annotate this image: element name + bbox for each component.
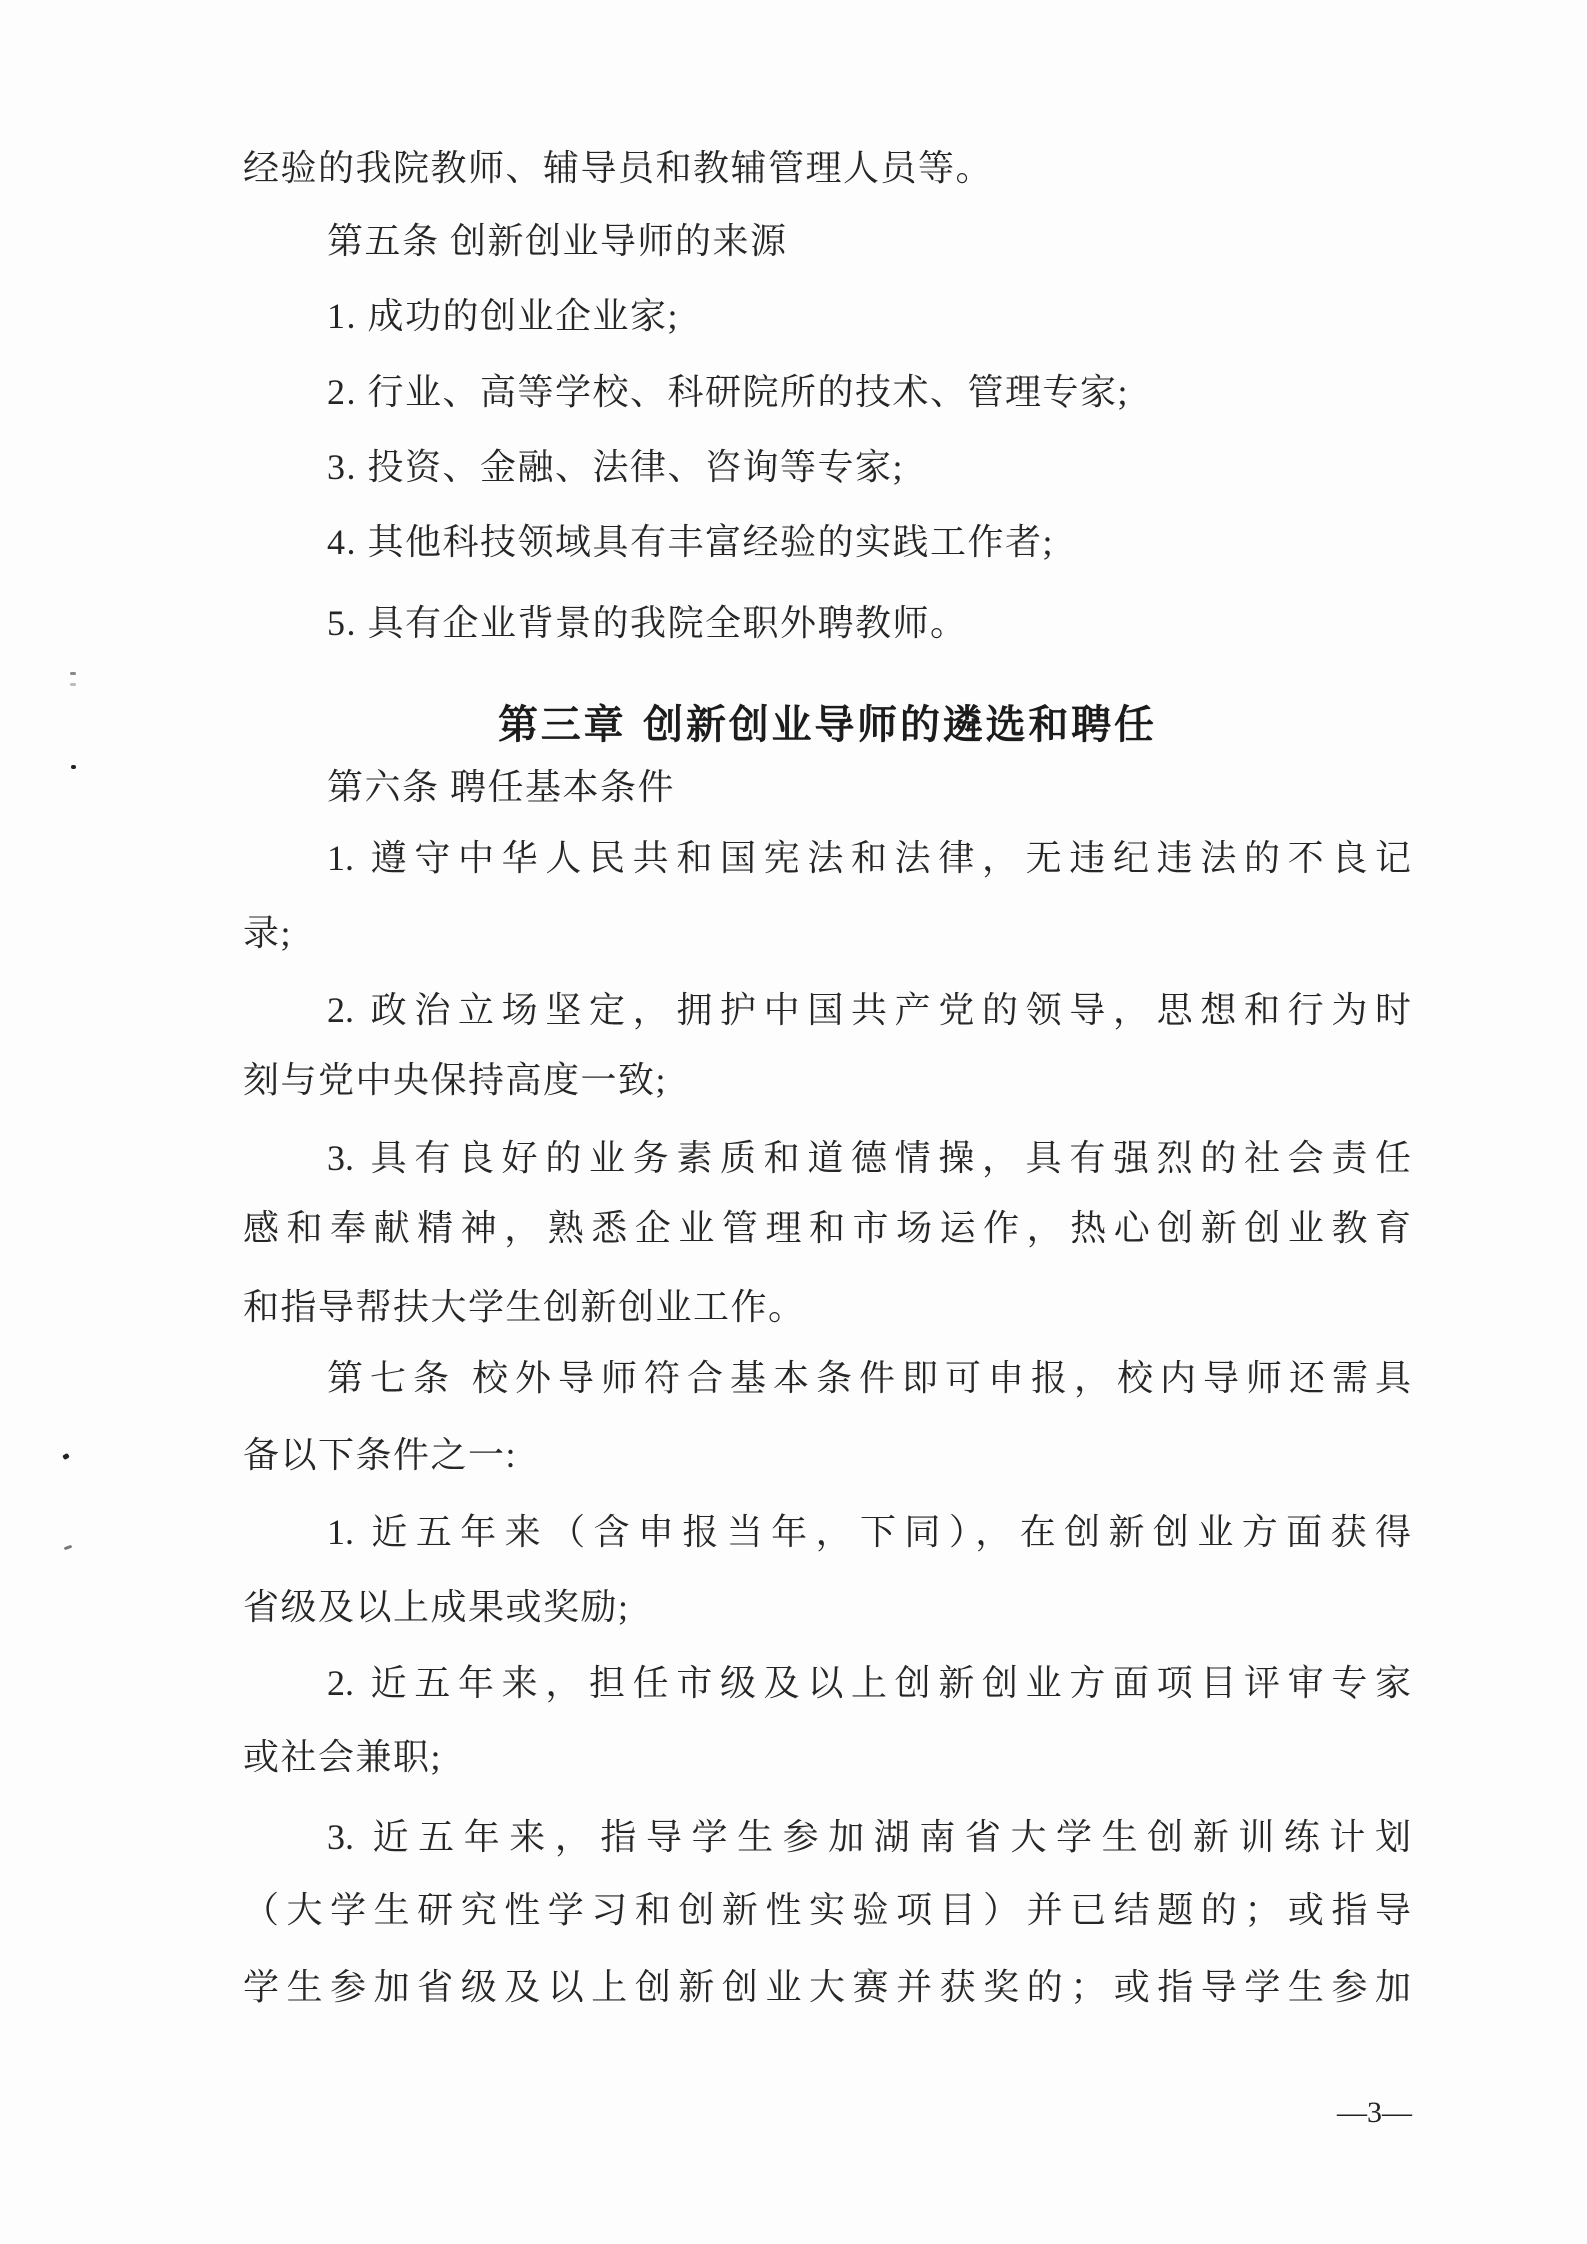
list-item-continuation: 学生参加省级及以上创新创业大赛并获奖的；或指导学生参加 [243,1965,1411,2009]
article-title-5: 第五条 创新创业导师的来源 [327,219,788,263]
article-title-6: 第六条 聘任基本条件 [327,765,675,809]
article-title-7: 第七条 校外导师符合基本条件即可申报，校内导师还需具 [327,1356,1411,1400]
list-item: 4. 其他科技领域具有丰富经验的实践工作者; [327,520,1054,564]
list-item-continuation: 或社会兼职; [243,1735,442,1779]
list-item: 3. 投资、金融、法律、咨询等专家; [327,445,904,489]
list-item: 2. 近五年来，担任市级及以上创新创业方面项目评审专家 [327,1661,1411,1705]
scan-artifact [71,765,76,769]
list-item-continuation: （大学生研究性学习和创新性实验项目）并已结题的；或指导 [243,1888,1411,1932]
list-item: 5. 具有企业背景的我院全职外聘教师。 [327,601,968,645]
list-item: 1. 近五年来（含申报当年，下同），在创新创业方面获得 [327,1510,1411,1554]
paragraph-line: 备以下条件之一: [243,1433,517,1477]
list-item: 3. 近五年来，指导学生参加湖南省大学生创新训练计划 [327,1815,1411,1859]
scan-artifact [70,672,76,675]
chapter-heading: 第三章 创新创业导师的遴选和聘任 [498,699,1154,751]
list-item: 3. 具有良好的业务素质和道德情操，具有强烈的社会责任 [327,1136,1411,1180]
list-item: 1. 遵守中华人民共和国宪法和法律，无违纪违法的不良记 [327,836,1411,880]
list-item-continuation: 省级及以上成果或奖励; [243,1585,630,1629]
scan-artifact [62,1453,70,1460]
paragraph-line: 经验的我院教师、辅导员和教辅管理人员等。 [243,146,993,190]
list-item-continuation: 和指导帮扶大学生创新创业工作。 [243,1285,806,1329]
scan-artifact [64,1545,73,1551]
list-item-continuation: 录; [243,911,292,955]
page-number: —3— [1337,2095,1412,2131]
list-item: 1. 成功的创业企业家; [327,294,679,338]
list-item-continuation: 刻与党中央保持高度一致; [243,1058,667,1102]
document-page: 经验的我院教师、辅导员和教辅管理人员等。 第五条 创新创业导师的来源 1. 成功… [0,0,1587,2244]
list-item-continuation: 感和奉献精神，熟悉企业管理和市场运作，热心创新创业教育 [243,1206,1411,1250]
list-item: 2. 行业、高等学校、科研院所的技术、管理专家; [327,370,1129,414]
list-item: 2. 政治立场坚定，拥护中国共产党的领导，思想和行为时 [327,988,1411,1032]
scan-artifact [70,683,76,686]
